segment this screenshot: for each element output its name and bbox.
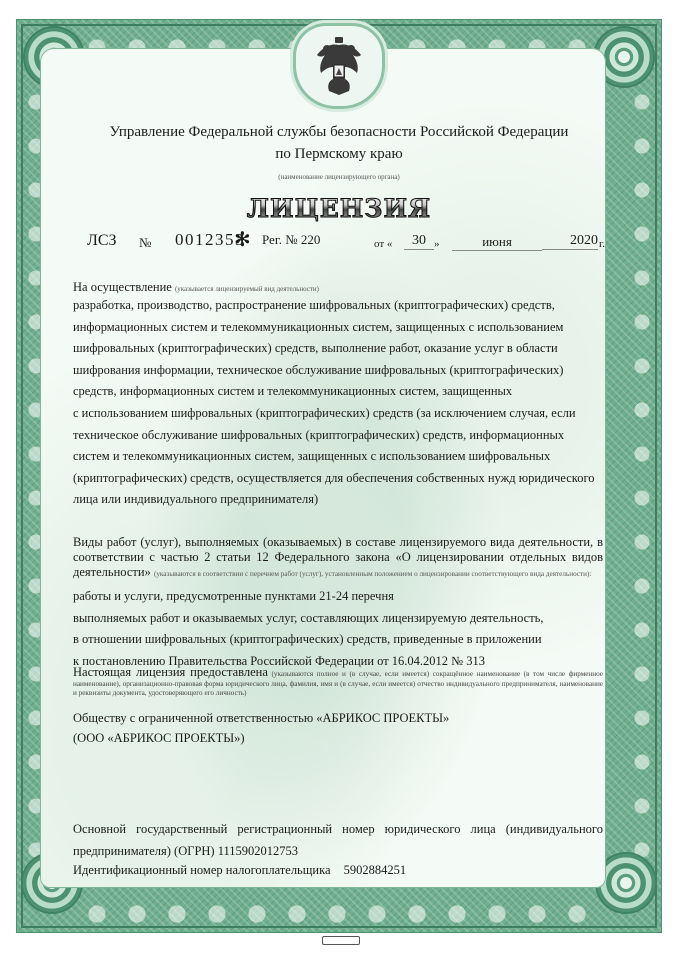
inn-row: Идентификационный номер налогоплательщик… xyxy=(73,863,406,878)
date-day: 30 xyxy=(404,233,434,250)
registration-number: Рег. № 220 xyxy=(262,232,320,248)
works-heading: Виды работ (услуг), выполняемых (оказыва… xyxy=(73,535,603,582)
text-line: шифрования информации, техническое обслу… xyxy=(73,363,563,378)
number-sign: № xyxy=(139,235,151,251)
text-line: систем и телекоммуникационных систем, за… xyxy=(73,449,550,464)
emblem-plate xyxy=(296,26,382,106)
asterisk-icon: ✻ xyxy=(234,227,251,252)
text-line: средств, информационных систем и телеком… xyxy=(73,384,512,399)
activity-label: На осуществление xyxy=(73,280,172,294)
date-suffix: г. xyxy=(599,238,605,250)
licensee-full-name: Обществу с ограниченной ответственностью… xyxy=(73,711,449,726)
guilloche-bottom xyxy=(77,894,601,924)
activity-label-row: На осуществление (указывается лицензируе… xyxy=(73,280,319,295)
text-line: (криптографических) средств, осуществляе… xyxy=(73,471,595,486)
text-line: шифровальных (криптографических) средств… xyxy=(73,341,558,356)
printer-mark xyxy=(322,936,360,945)
date-month: июня xyxy=(452,234,542,251)
double-headed-eagle-icon xyxy=(309,35,369,97)
inn-value: 5902884251 xyxy=(344,863,407,877)
text-line: работы и услуги, предусмотренные пунктам… xyxy=(73,589,394,604)
works-caption: (указываются в соответствии с перечнем р… xyxy=(154,570,591,578)
inn-label: Идентификационный номер налогоплательщик… xyxy=(73,863,331,877)
text-line: техническое обслуживание шифровальных (к… xyxy=(73,428,564,443)
authority-name-line1: Управление Федеральной службы безопаснос… xyxy=(0,124,678,141)
text-line: с использованием шифровальных (криптогра… xyxy=(73,406,576,421)
text-line: выполняемых работ и оказываемых услуг, с… xyxy=(73,611,544,626)
licensee-label: Настоящая лицензия предоставлена xyxy=(73,665,268,679)
text-line: информационных систем и телекоммуникацио… xyxy=(73,320,563,335)
text-line: лица или индивидуального предпринимателя… xyxy=(73,492,318,507)
activity-caption: (указывается лицензируемый вид деятельно… xyxy=(175,285,319,293)
guilloche-right xyxy=(631,80,653,872)
date-prefix: от « xyxy=(374,238,392,250)
license-series: ЛСЗ xyxy=(87,232,117,250)
authority-name-line2: по Пермскому краю xyxy=(0,146,678,163)
ogrn-label: Основной государственный регистрационный… xyxy=(73,822,603,858)
text-line: в отношении шифровальных (криптографичес… xyxy=(73,632,542,647)
authority-caption: (наименование лицензирующего органа) xyxy=(0,173,678,181)
licensee-label-row: Настоящая лицензия предоставлена (указыв… xyxy=(73,668,603,699)
license-title: ЛИЦЕНЗИЯ xyxy=(226,193,452,223)
date-year: 2020 xyxy=(542,233,598,250)
ogrn-row: Основной государственный регистрационный… xyxy=(73,818,603,862)
licensee-short-name: (ООО «АБРИКОС ПРОЕКТЫ») xyxy=(73,731,245,746)
text-line: разработка, производство, распространени… xyxy=(73,298,555,313)
ogrn-value: 1115902012753 xyxy=(218,844,298,858)
date-close-quote: » xyxy=(434,238,440,250)
